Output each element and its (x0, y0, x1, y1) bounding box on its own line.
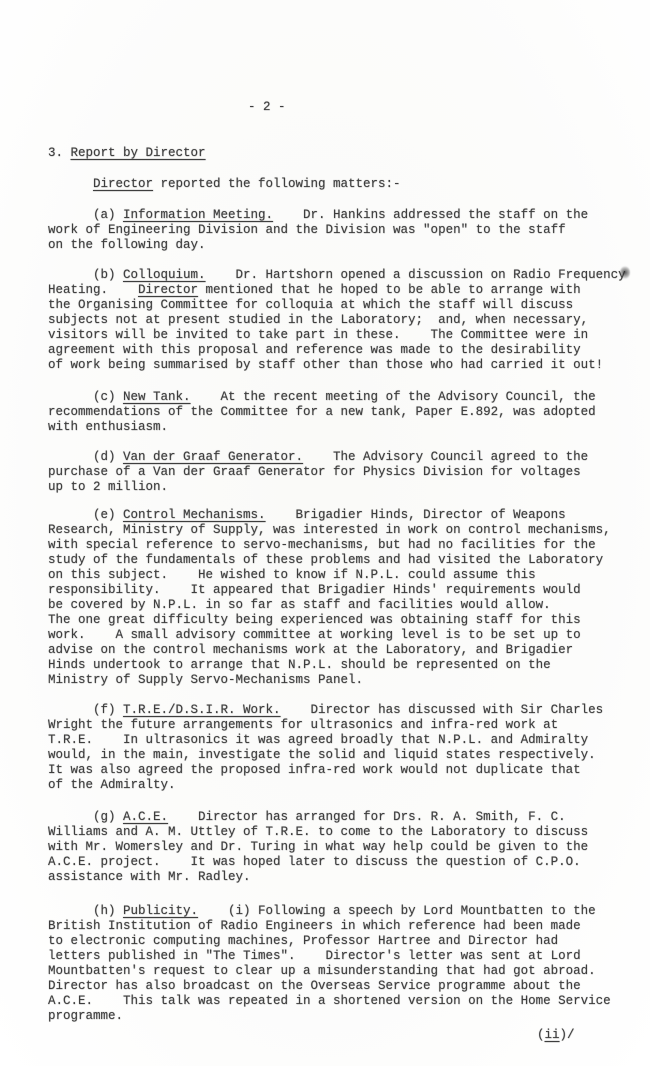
page-number: - 2 - (248, 100, 286, 115)
underlined-text: ii (545, 1028, 560, 1042)
underlined-text: T.R.E./D.S.I.R. Work. (123, 703, 281, 717)
text-line: purchase of a Van der Graaf Generator fo… (48, 465, 638, 480)
text-run: responsibility. It appeared that Brigadi… (48, 583, 581, 597)
text-line: with Mr. Womersley and Dr. Turing in wha… (48, 840, 638, 855)
text-line: (f) T.R.E./D.S.I.R. Work. Director has d… (48, 703, 638, 718)
text-run: assistance with Mr. Radley. (48, 870, 251, 884)
text-line: (g) A.C.E. Director has arranged for Drs… (48, 810, 638, 825)
text-run: (i) Following a speech by Lord Mountbatt… (198, 904, 596, 918)
text-run: (b) (93, 268, 123, 282)
text-line: the Organising Committee for colloquia a… (48, 298, 638, 313)
text-run: (d) (93, 450, 123, 464)
text-line: to electronic computing machines, Profes… (48, 934, 638, 949)
text-line: subjects not at present studied in the L… (48, 313, 638, 328)
text-run: Ministry of Supply Servo-Mechanisms Pane… (48, 673, 363, 687)
document-page: - 2 - 3. Report by Director Director rep… (0, 0, 650, 1066)
text-run: to electronic computing machines, Profes… (48, 934, 558, 948)
underlined-text: Publicity. (123, 904, 198, 918)
underlined-text: Director (138, 283, 198, 297)
paragraph-c: (c) New Tank. At the recent meeting of t… (48, 390, 638, 435)
text-line: A.C.E. This talk was repeated in a short… (48, 994, 638, 1009)
text-run: (h) (93, 904, 123, 918)
paragraph-a: (a) Information Meeting. Dr. Hankins add… (48, 208, 638, 253)
text-line: up to 2 million. (48, 480, 638, 495)
underlined-text: Information Meeting. (123, 208, 273, 222)
text-line: of the Admiralty. (48, 778, 638, 793)
text-line: Ministry of Supply Servo-Mechanisms Pane… (48, 673, 638, 688)
text-line: Mountbatten's request to clear up a misu… (48, 964, 638, 979)
text-run: Hinds undertook to arrange that N.P.L. s… (48, 658, 551, 672)
paragraph-b: (b) Colloquium. Dr. Hartshorn opened a d… (48, 268, 638, 373)
paragraph-d: (d) Van der Graaf Generator. The Advisor… (48, 450, 638, 495)
paragraph-e: (e) Control Mechanisms. Brigadier Hinds,… (48, 508, 638, 688)
text-run: advise on the control mechanisms work at… (48, 643, 573, 657)
section-heading: 3. Report by Director (48, 146, 206, 161)
text-run: of the Admiralty. (48, 778, 176, 792)
text-run: Heating. (48, 283, 138, 297)
text-run: would, in the main, investigate the soli… (48, 748, 596, 762)
text-line: (c) New Tank. At the recent meeting of t… (48, 390, 638, 405)
text-line: with enthusiasm. (48, 420, 638, 435)
text-line: of work being summarised by staff other … (48, 358, 638, 373)
text-run: study of the fundamentals of these probl… (48, 553, 603, 567)
text-run: mentioned that he hoped to be able to ar… (198, 283, 581, 297)
text-run: letters published in "The Times". Direct… (48, 949, 581, 963)
text-run: The one great difficulty being experienc… (48, 613, 581, 627)
text-line: (b) Colloquium. Dr. Hartshorn opened a d… (48, 268, 638, 283)
text-line: A.C.E. project. It was hoped later to di… (48, 855, 638, 870)
text-run: (e) (93, 508, 123, 522)
text-run: A.C.E. project. It was hoped later to di… (48, 855, 581, 869)
paragraph-g: (g) A.C.E. Director has arranged for Drs… (48, 810, 638, 885)
paragraph-f: (f) T.R.E./D.S.I.R. Work. Director has d… (48, 703, 638, 793)
text-line: (h) Publicity. (i) Following a speech by… (48, 904, 638, 919)
text-run: on this subject. He wished to know if N.… (48, 568, 536, 582)
underlined-text: Van der Graaf Generator. (123, 450, 303, 464)
text-run: work. A small advisory committee at work… (48, 628, 581, 642)
text-line: Director has also broadcast on the Overs… (48, 979, 638, 994)
text-line: work of Engineering Division and the Div… (48, 223, 638, 238)
text-run: with Mr. Womersley and Dr. Turing in wha… (48, 840, 588, 854)
underlined-text: Director (93, 177, 153, 191)
text-run: with enthusiasm. (48, 420, 168, 434)
text-run: T.R.E. In ultrasonics it was agreed broa… (48, 733, 588, 747)
text-run: A.C.E. This talk was repeated in a short… (48, 994, 611, 1008)
intro-line: Director reported the following matters:… (93, 177, 401, 192)
text-run: work of Engineering Division and the Div… (48, 223, 566, 237)
text-run: (c) (93, 390, 123, 404)
text-run: up to 2 million. (48, 480, 168, 494)
text-line: Williams and A. M. Uttley of T.R.E. to c… (48, 825, 638, 840)
text-line: (e) Control Mechanisms. Brigadier Hinds,… (48, 508, 638, 523)
text-line: with special reference to servo-mechanis… (48, 538, 638, 553)
text-run: (a) (93, 208, 123, 222)
text-run: Research, Ministry of Supply, was intere… (48, 523, 611, 537)
text-run: Director has arranged for Drs. R. A. Smi… (168, 810, 566, 824)
underlined-text: Colloquium. (123, 268, 206, 282)
text-run: Williams and A. M. Uttley of T.R.E. to c… (48, 825, 588, 839)
text-line: assistance with Mr. Radley. (48, 870, 638, 885)
text-run: with special reference to servo-mechanis… (48, 538, 596, 552)
text-line: be covered by N.P.L. in so far as staff … (48, 598, 638, 613)
text-line: advise on the control mechanisms work at… (48, 643, 638, 658)
text-run: It was also agreed the proposed infra-re… (48, 763, 581, 777)
text-run: (g) (93, 810, 123, 824)
underlined-text: New Tank. (123, 390, 191, 404)
text-run: 3. (48, 146, 71, 160)
text-run: At the recent meeting of the Advisory Co… (191, 390, 596, 404)
text-line: work. A small advisory committee at work… (48, 628, 638, 643)
text-run: on the following day. (48, 238, 206, 252)
text-run: Dr. Hartshorn opened a discussion on Rad… (206, 268, 626, 282)
text-line: letters published in "The Times". Direct… (48, 949, 638, 964)
text-line: (a) Information Meeting. Dr. Hankins add… (48, 208, 638, 223)
text-run: Director has discussed with Sir Charles (281, 703, 604, 717)
paragraph-h: (h) Publicity. (i) Following a speech by… (48, 904, 638, 1024)
underlined-text: A.C.E. (123, 810, 168, 824)
underlined-text: Report by Director (71, 146, 206, 160)
text-line: British Institution of Radio Engineers i… (48, 919, 638, 934)
text-run: Wright the future arrangements for ultra… (48, 718, 558, 732)
text-run: the Organising Committee for colloquia a… (48, 298, 573, 312)
text-line: It was also agreed the proposed infra-re… (48, 763, 638, 778)
text-run: purchase of a Van der Graaf Generator fo… (48, 465, 581, 479)
ink-smudge (620, 266, 630, 279)
text-run: Director has also broadcast on the Overs… (48, 979, 581, 993)
text-run: of work being summarised by staff other … (48, 358, 603, 372)
text-run: visitors will be invited to take part in… (48, 328, 588, 342)
text-line: recommendations of the Committee for a n… (48, 405, 638, 420)
text-line: programme. (48, 1009, 638, 1024)
text-run: programme. (48, 1009, 123, 1023)
text-run: British Institution of Radio Engineers i… (48, 919, 581, 933)
text-line: T.R.E. In ultrasonics it was agreed broa… (48, 733, 638, 748)
text-run: be covered by N.P.L. in so far as staff … (48, 598, 551, 612)
text-run: ( (537, 1028, 545, 1042)
text-line: visitors will be invited to take part in… (48, 328, 638, 343)
text-run: Dr. Hankins addressed the staff on the (273, 208, 588, 222)
text-line: (d) Van der Graaf Generator. The Advisor… (48, 450, 638, 465)
text-run: Mountbatten's request to clear up a misu… (48, 964, 596, 978)
text-line: Wright the future arrangements for ultra… (48, 718, 638, 733)
text-line: Heating. Director mentioned that he hope… (48, 283, 638, 298)
text-run: subjects not at present studied in the L… (48, 313, 588, 327)
text-line: responsibility. It appeared that Brigadi… (48, 583, 638, 598)
text-run: recommendations of the Committee for a n… (48, 405, 596, 419)
text-run: )/ (560, 1028, 575, 1042)
text-run: (f) (93, 703, 123, 717)
text-run: reported the following matters:- (153, 177, 401, 191)
text-line: The one great difficulty being experienc… (48, 613, 638, 628)
text-line: study of the fundamentals of these probl… (48, 553, 638, 568)
text-line: Research, Ministry of Supply, was intere… (48, 523, 638, 538)
text-run: Brigadier Hinds, Director of Weapons (266, 508, 566, 522)
text-line: on this subject. He wished to know if N.… (48, 568, 638, 583)
text-line: would, in the main, investigate the soli… (48, 748, 638, 763)
underlined-text: Control Mechanisms. (123, 508, 266, 522)
text-line: on the following day. (48, 238, 638, 253)
text-run: agreement with this proposal and referen… (48, 343, 581, 357)
text-line: agreement with this proposal and referen… (48, 343, 638, 358)
footer-catchword: (ii)/ (537, 1028, 575, 1043)
text-line: Hinds undertook to arrange that N.P.L. s… (48, 658, 638, 673)
text-run: The Advisory Council agreed to the (303, 450, 588, 464)
